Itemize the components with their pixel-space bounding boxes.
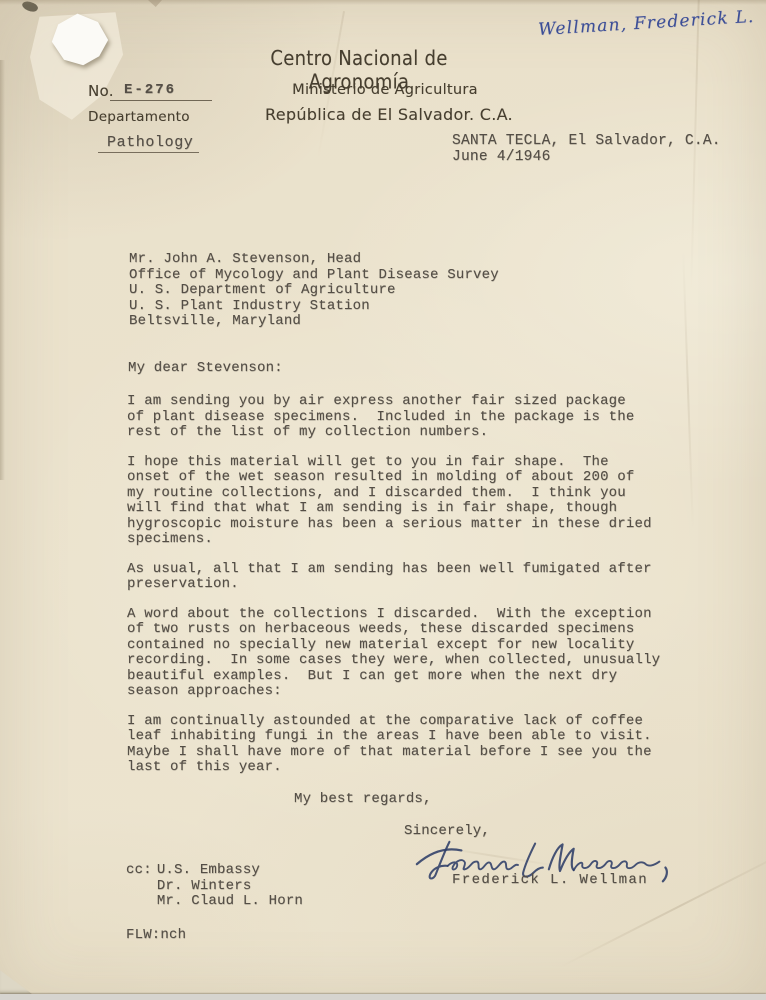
signature-stroke — [574, 861, 660, 870]
signature-comma — [663, 868, 667, 882]
letterhead-ministry: Ministerio de Agricultura — [288, 82, 482, 98]
signature-stroke — [549, 844, 574, 871]
cc-block: cc: U.S. Embassy Dr. Winters Mr. Claud L… — [126, 863, 303, 910]
signature-stroke — [430, 842, 450, 879]
signature-stroke — [448, 860, 518, 869]
paragraph-3: As usual, all that I am sending has been… — [127, 562, 687, 593]
letterhead-republic: República de El Salvador. C.A. — [258, 105, 520, 124]
cc-list: U.S. Embassy Dr. Winters Mr. Claud L. Ho… — [157, 863, 303, 910]
letter-body: I am sending you by air express another … — [127, 394, 687, 790]
salutation: My dear Stevenson: — [128, 361, 283, 377]
regards-line: My best regards, — [294, 792, 432, 808]
cc-label: cc: — [126, 863, 152, 910]
dateline-place: SANTA TECLA, El Salvador, C.A. — [452, 134, 721, 150]
paragraph-5: I am continually astounded at the compar… — [127, 714, 687, 776]
recipient-address: Mr. John A. Stevenson, Head Office of My… — [129, 252, 499, 330]
scanner-edge — [0, 994, 766, 1000]
letter-number-underline — [110, 84, 212, 101]
department-label: Departamento — [88, 109, 190, 125]
typed-signature-name: Frederick L. Wellman — [452, 873, 648, 889]
typist-reference: FLW:nch — [126, 928, 186, 944]
paragraph-2: I hope this material will get to you in … — [127, 455, 687, 548]
paper-edge-shadow — [0, 0, 766, 5]
corner-fold — [0, 960, 32, 994]
paper-edge-shadow — [0, 60, 5, 480]
handwritten-filing-annotation: Wellman, Frederick L. — [538, 6, 766, 40]
dateline-date: June 4/1946 — [452, 150, 551, 166]
paragraph-1: I am sending you by air express another … — [127, 394, 687, 441]
letter-page: Wellman, Frederick L. Centro Nacional de… — [0, 0, 766, 1000]
department-underline — [98, 135, 199, 153]
paragraph-4: A word about the collections I discarded… — [127, 607, 687, 700]
paper-tear-hole — [48, 10, 112, 70]
